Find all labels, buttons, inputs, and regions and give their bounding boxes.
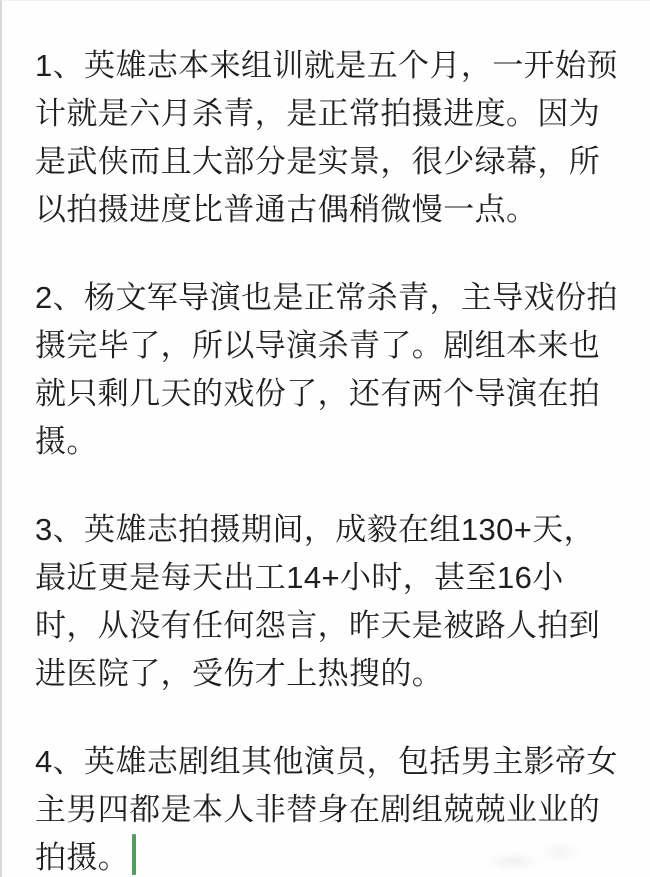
text-editor-area[interactable]: 1、英雄志本来组训就是五个月，一开始预计就是六月杀青，是正常拍摄进度。因为是武侠… xyxy=(2,1,650,877)
text-line: 最近更是每天出工14+小时，甚至16小 xyxy=(35,554,640,602)
text-line: 计就是六月杀青，是正常拍摄进度。因为 xyxy=(35,90,640,138)
text-line: 4、英雄志剧组其他演员，包括男主影帝女 xyxy=(35,738,640,786)
paragraph-1: 1、英雄志本来组训就是五个月，一开始预计就是六月杀青，是正常拍摄进度。因为是武侠… xyxy=(35,42,640,234)
text-line: 时，从没有任何怨言，昨天是被路人拍到 xyxy=(35,602,640,650)
paragraph-4: 4、英雄志剧组其他演员，包括男主影帝女主男四都是本人非替身在剧组兢兢业业的拍摄。 xyxy=(35,738,640,877)
paragraph-3: 3、英雄志拍摄期间，成毅在组130+天，最近更是每天出工14+小时，甚至16小时… xyxy=(35,506,640,698)
text-line: 拍摄。 xyxy=(35,834,640,877)
text-line: 就只剩几天的戏份了，还有两个导演在拍 xyxy=(35,370,640,418)
text-line: 摄。 xyxy=(35,418,640,466)
note-page: 1、英雄志本来组训就是五个月，一开始预计就是六月杀青，是正常拍摄进度。因为是武侠… xyxy=(0,0,650,877)
text-line: 1、英雄志本来组训就是五个月，一开始预 xyxy=(35,42,640,90)
text-line: 3、英雄志拍摄期间，成毅在组130+天， xyxy=(35,506,640,554)
text-line: 是武侠而且大部分是实景，很少绿幕，所 xyxy=(35,138,640,186)
text-line: 摄完毕了，所以导演杀青了。剧组本来也 xyxy=(35,322,640,370)
screenshot-root: { "page": { "background": "#fefefe", "te… xyxy=(0,0,650,877)
text-caret xyxy=(132,834,136,875)
text-line: 主男四都是本人非替身在剧组兢兢业业的 xyxy=(35,786,640,834)
text-line: 以拍摄进度比普通古偶稍微慢一点。 xyxy=(35,186,640,234)
text-line: 进医院了，受伤才上热搜的。 xyxy=(35,650,640,698)
paragraph-2: 2、杨文军导演也是正常杀青，主导戏份拍摄完毕了，所以导演杀青了。剧组本来也就只剩… xyxy=(35,274,640,466)
text-line: 2、杨文军导演也是正常杀青，主导戏份拍 xyxy=(35,274,640,322)
